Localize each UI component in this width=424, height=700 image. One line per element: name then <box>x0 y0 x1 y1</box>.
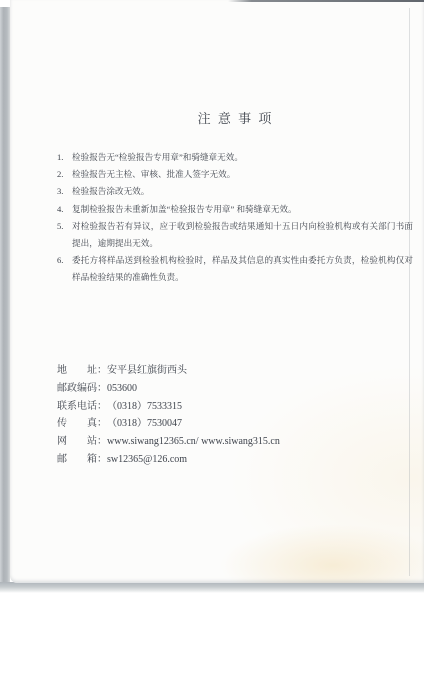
contact-row-postcode: 邮政编码：053600 <box>57 380 280 398</box>
note-number: 4. <box>57 201 72 218</box>
contact-row-phone: 联系电话：（0318）7533315 <box>57 398 280 416</box>
contact-block: 地 址：安平县红旗街西头 邮政编码：053600 联系电话：（0318）7533… <box>57 362 280 469</box>
note-number: 2. <box>57 166 72 183</box>
note-text: 检验报告无“检验报告专用章”和骑缝章无效。 <box>72 149 413 166</box>
note-item-5: 5. 对检验报告若有异议，应于收到检验报告或结果通知十五日内向检验机构或有关部门… <box>57 218 413 252</box>
contact-row-address: 地 址：安平县红旗街西头 <box>57 362 280 380</box>
note-text: 复制检验报告未重新加盖“检验报告专用章” 和骑缝章无效。 <box>72 201 413 218</box>
note-item-1: 1. 检验报告无“检验报告专用章”和骑缝章无效。 <box>57 149 413 166</box>
contact-row-website: 网 站：www.siwang12365.cn/ www.siwang315.cn <box>57 433 280 451</box>
page-right-edge <box>409 8 410 576</box>
note-number: 6. <box>57 252 72 286</box>
page-title: 注 意 事 项 <box>58 108 413 127</box>
page-top-edge-line <box>228 0 424 2</box>
note-item-6: 6. 委托方将样品送到检验机构检验时，样品及其信息的真实性由委托方负责，检验机构… <box>57 252 413 286</box>
note-number: 5. <box>57 218 72 252</box>
note-text: 对检验报告若有异议，应于收到检验报告或结果通知十五日内向检验机构或有关部门书面提… <box>72 218 413 252</box>
contact-label: 联系电话： <box>57 398 107 416</box>
contact-label: 地 址： <box>57 362 107 380</box>
scanner-edge-bottom <box>0 582 424 593</box>
contact-label: 邮政编码： <box>57 380 107 398</box>
contact-label: 网 站： <box>57 433 107 451</box>
note-text: 委托方将样品送到检验机构检验时，样品及其信息的真实性由委托方负责，检验机构仅对样… <box>72 252 413 286</box>
contact-value: sw12365@126.com <box>107 451 187 469</box>
scanner-edge-left <box>0 7 10 592</box>
note-text: 检验报告涂改无效。 <box>72 183 413 200</box>
note-item-2: 2. 检验报告无主检、审核、批准人签字无效。 <box>57 166 413 183</box>
notes-list: 1. 检验报告无“检验报告专用章”和骑缝章无效。 2. 检验报告无主检、审核、批… <box>57 149 413 287</box>
note-item-3: 3. 检验报告涂改无效。 <box>57 183 413 200</box>
contact-value: （0318）7533315 <box>107 398 182 416</box>
note-text: 检验报告无主检、审核、批准人签字无效。 <box>72 166 413 183</box>
contact-row-email: 邮 箱：sw12365@126.com <box>57 451 280 469</box>
note-number: 1. <box>57 149 72 166</box>
note-item-4: 4. 复制检验报告未重新加盖“检验报告专用章” 和骑缝章无效。 <box>57 201 413 218</box>
contact-value: www.siwang12365.cn/ www.siwang315.cn <box>107 433 280 451</box>
contact-label: 邮 箱： <box>57 451 107 469</box>
paper-page: 注 意 事 项 1. 检验报告无“检验报告专用章”和骑缝章无效。 2. 检验报告… <box>10 0 424 583</box>
contact-value: 053600 <box>107 380 137 398</box>
contact-value: （0318）7530047 <box>107 415 182 433</box>
contact-row-fax: 传 真：（0318）7530047 <box>57 415 280 433</box>
scanned-document: 注 意 事 项 1. 检验报告无“检验报告专用章”和骑缝章无效。 2. 检验报告… <box>0 0 424 700</box>
contact-value: 安平县红旗街西头 <box>107 362 187 380</box>
contact-label: 传 真： <box>57 415 107 433</box>
note-number: 3. <box>57 183 72 200</box>
